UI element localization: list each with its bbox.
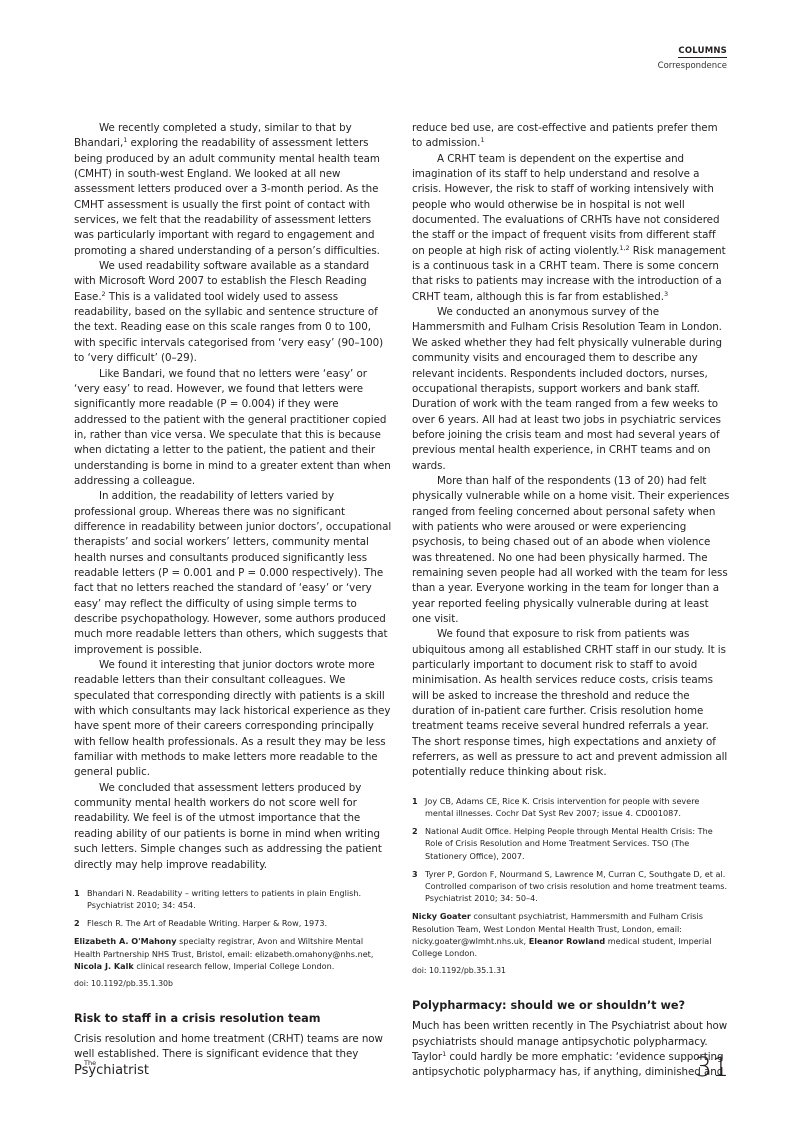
reference-item: 2Flesch R. The Art of Readable Writing. … (74, 917, 392, 929)
author-block: Elizabeth A. O'Mahony specialty registra… (74, 935, 392, 972)
letter-readability: We recently completed a study, similar t… (74, 121, 392, 988)
paragraph: We conducted an anonymous survey of the … (412, 305, 730, 474)
paragraph: We recently completed a study, similar t… (74, 121, 392, 259)
paragraph: Much has been written recently in The Ps… (412, 1019, 730, 1080)
paragraph: Crisis resolution and home treatment (CR… (74, 1032, 392, 1063)
paragraph: In addition, the readability of letters … (74, 489, 392, 658)
reference-item: 1Joy CB, Adams CE, Rice K. Crisis interv… (412, 795, 730, 819)
paragraph: More than half of the respondents (13 of… (412, 474, 730, 627)
running-header: COLUMNS Correspondence (658, 38, 727, 71)
section-label: COLUMNS (678, 46, 727, 58)
reference-item: 1Bhandari N. Readability – writing lette… (74, 887, 392, 911)
paragraph: We concluded that assessment letters pro… (74, 781, 392, 873)
paragraph-continued: reduce bed use, are cost-effective and p… (412, 121, 730, 152)
reference-item: 2National Audit Office. Helping People t… (412, 825, 730, 862)
paragraph: We found it interesting that junior doct… (74, 658, 392, 781)
left-column: We recently completed a study, similar t… (74, 121, 392, 1063)
subsection-label: Correspondence (658, 61, 727, 71)
right-column: reduce bed use, are cost-effective and p… (412, 121, 730, 1081)
article-title: Risk to staff in a crisis resolution tea… (74, 1012, 392, 1025)
paragraph: A CRHT team is dependent on the expertis… (412, 152, 730, 305)
paragraph: We used readability software available a… (74, 259, 392, 366)
doi-link[interactable]: doi: 10.1192/pb.35.1.30b (74, 979, 392, 988)
journal-logo: ThePsychiatrist (74, 1063, 149, 1078)
letter-polypharmacy: Polypharmacy: should we or shouldn’t we?… (412, 999, 730, 1080)
paragraph: We found that exposure to risk from pati… (412, 627, 730, 780)
paragraph: Like Bandari, we found that no letters w… (74, 367, 392, 490)
letter-risk-to-staff: Risk to staff in a crisis resolution tea… (74, 1012, 392, 1063)
reference-item: 3Tyrer P, Gordon F, Nourmand S, Lawrence… (412, 868, 730, 905)
doi-link[interactable]: doi: 10.1192/pb.35.1.31 (412, 966, 730, 975)
reference-list: 1Bhandari N. Readability – writing lette… (74, 887, 392, 930)
author-block: Nicky Goater consultant psychiatrist, Ha… (412, 910, 730, 959)
reference-list: 1Joy CB, Adams CE, Rice K. Crisis interv… (412, 795, 730, 905)
article-title: Polypharmacy: should we or shouldn’t we? (412, 999, 730, 1012)
page-number: 31 (695, 1052, 729, 1083)
